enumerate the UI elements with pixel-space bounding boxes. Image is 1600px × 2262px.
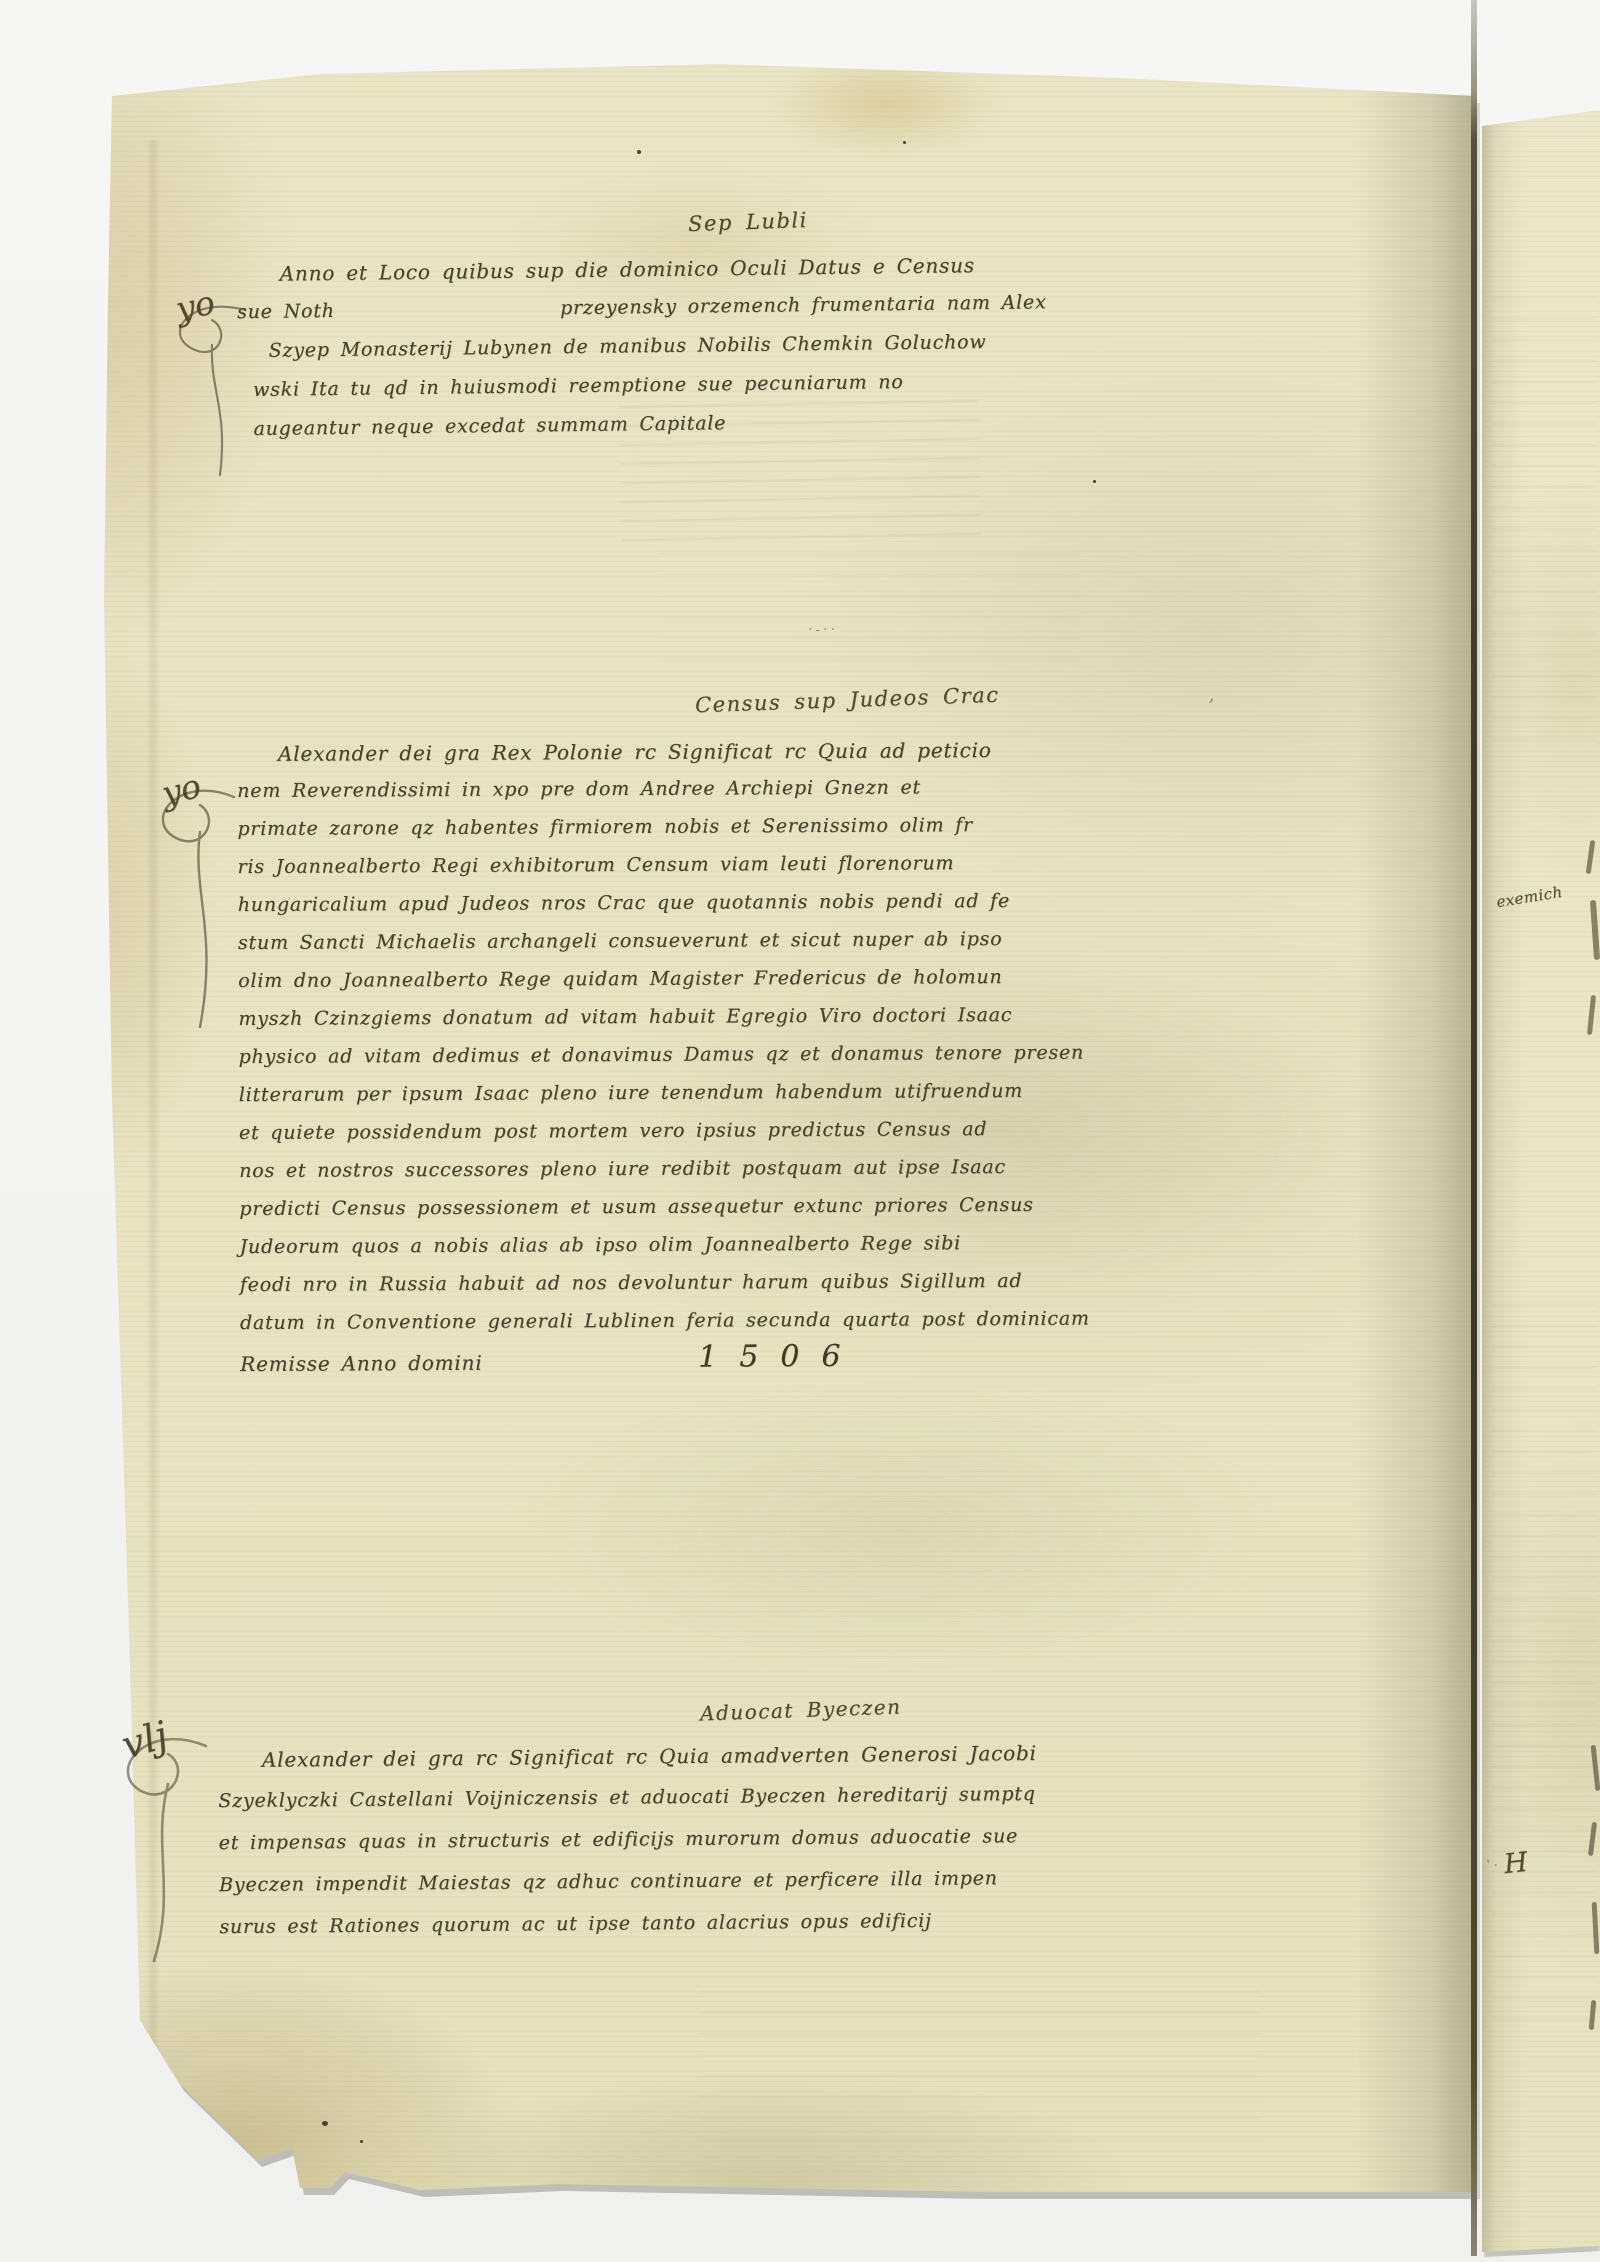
entry3-line: Alexander dei gra rc Significat rc Quia …	[262, 1741, 1037, 1772]
right-folio-edge	[1478, 0, 1600, 2262]
right-folio-bleedthrough-2	[1492, 1300, 1596, 2020]
manuscript-photo: Sep Lubli Anno et Loco quibus sup die do…	[0, 0, 1600, 2262]
right-folio-bleedthrough	[1492, 280, 1596, 740]
right-folio-letter-mark: H	[1502, 1847, 1529, 1880]
entry-3: Alexander dei gra rc Significat rc Quia …	[0, 0, 1480, 2262]
entry3-line: Szyeklyczki Castellani Voijniczensis et …	[218, 1783, 1036, 1812]
right-folio-tick: ‛·	[1486, 1858, 1501, 1874]
entry3-line: Byeczen impendit Maiestas qz adhuc conti…	[219, 1867, 998, 1896]
entry3-line: surus est Rationes quorum ac ut ipse tan…	[219, 1910, 932, 1938]
entry3-line: et impensas quas in structuris et edific…	[219, 1825, 1019, 1854]
